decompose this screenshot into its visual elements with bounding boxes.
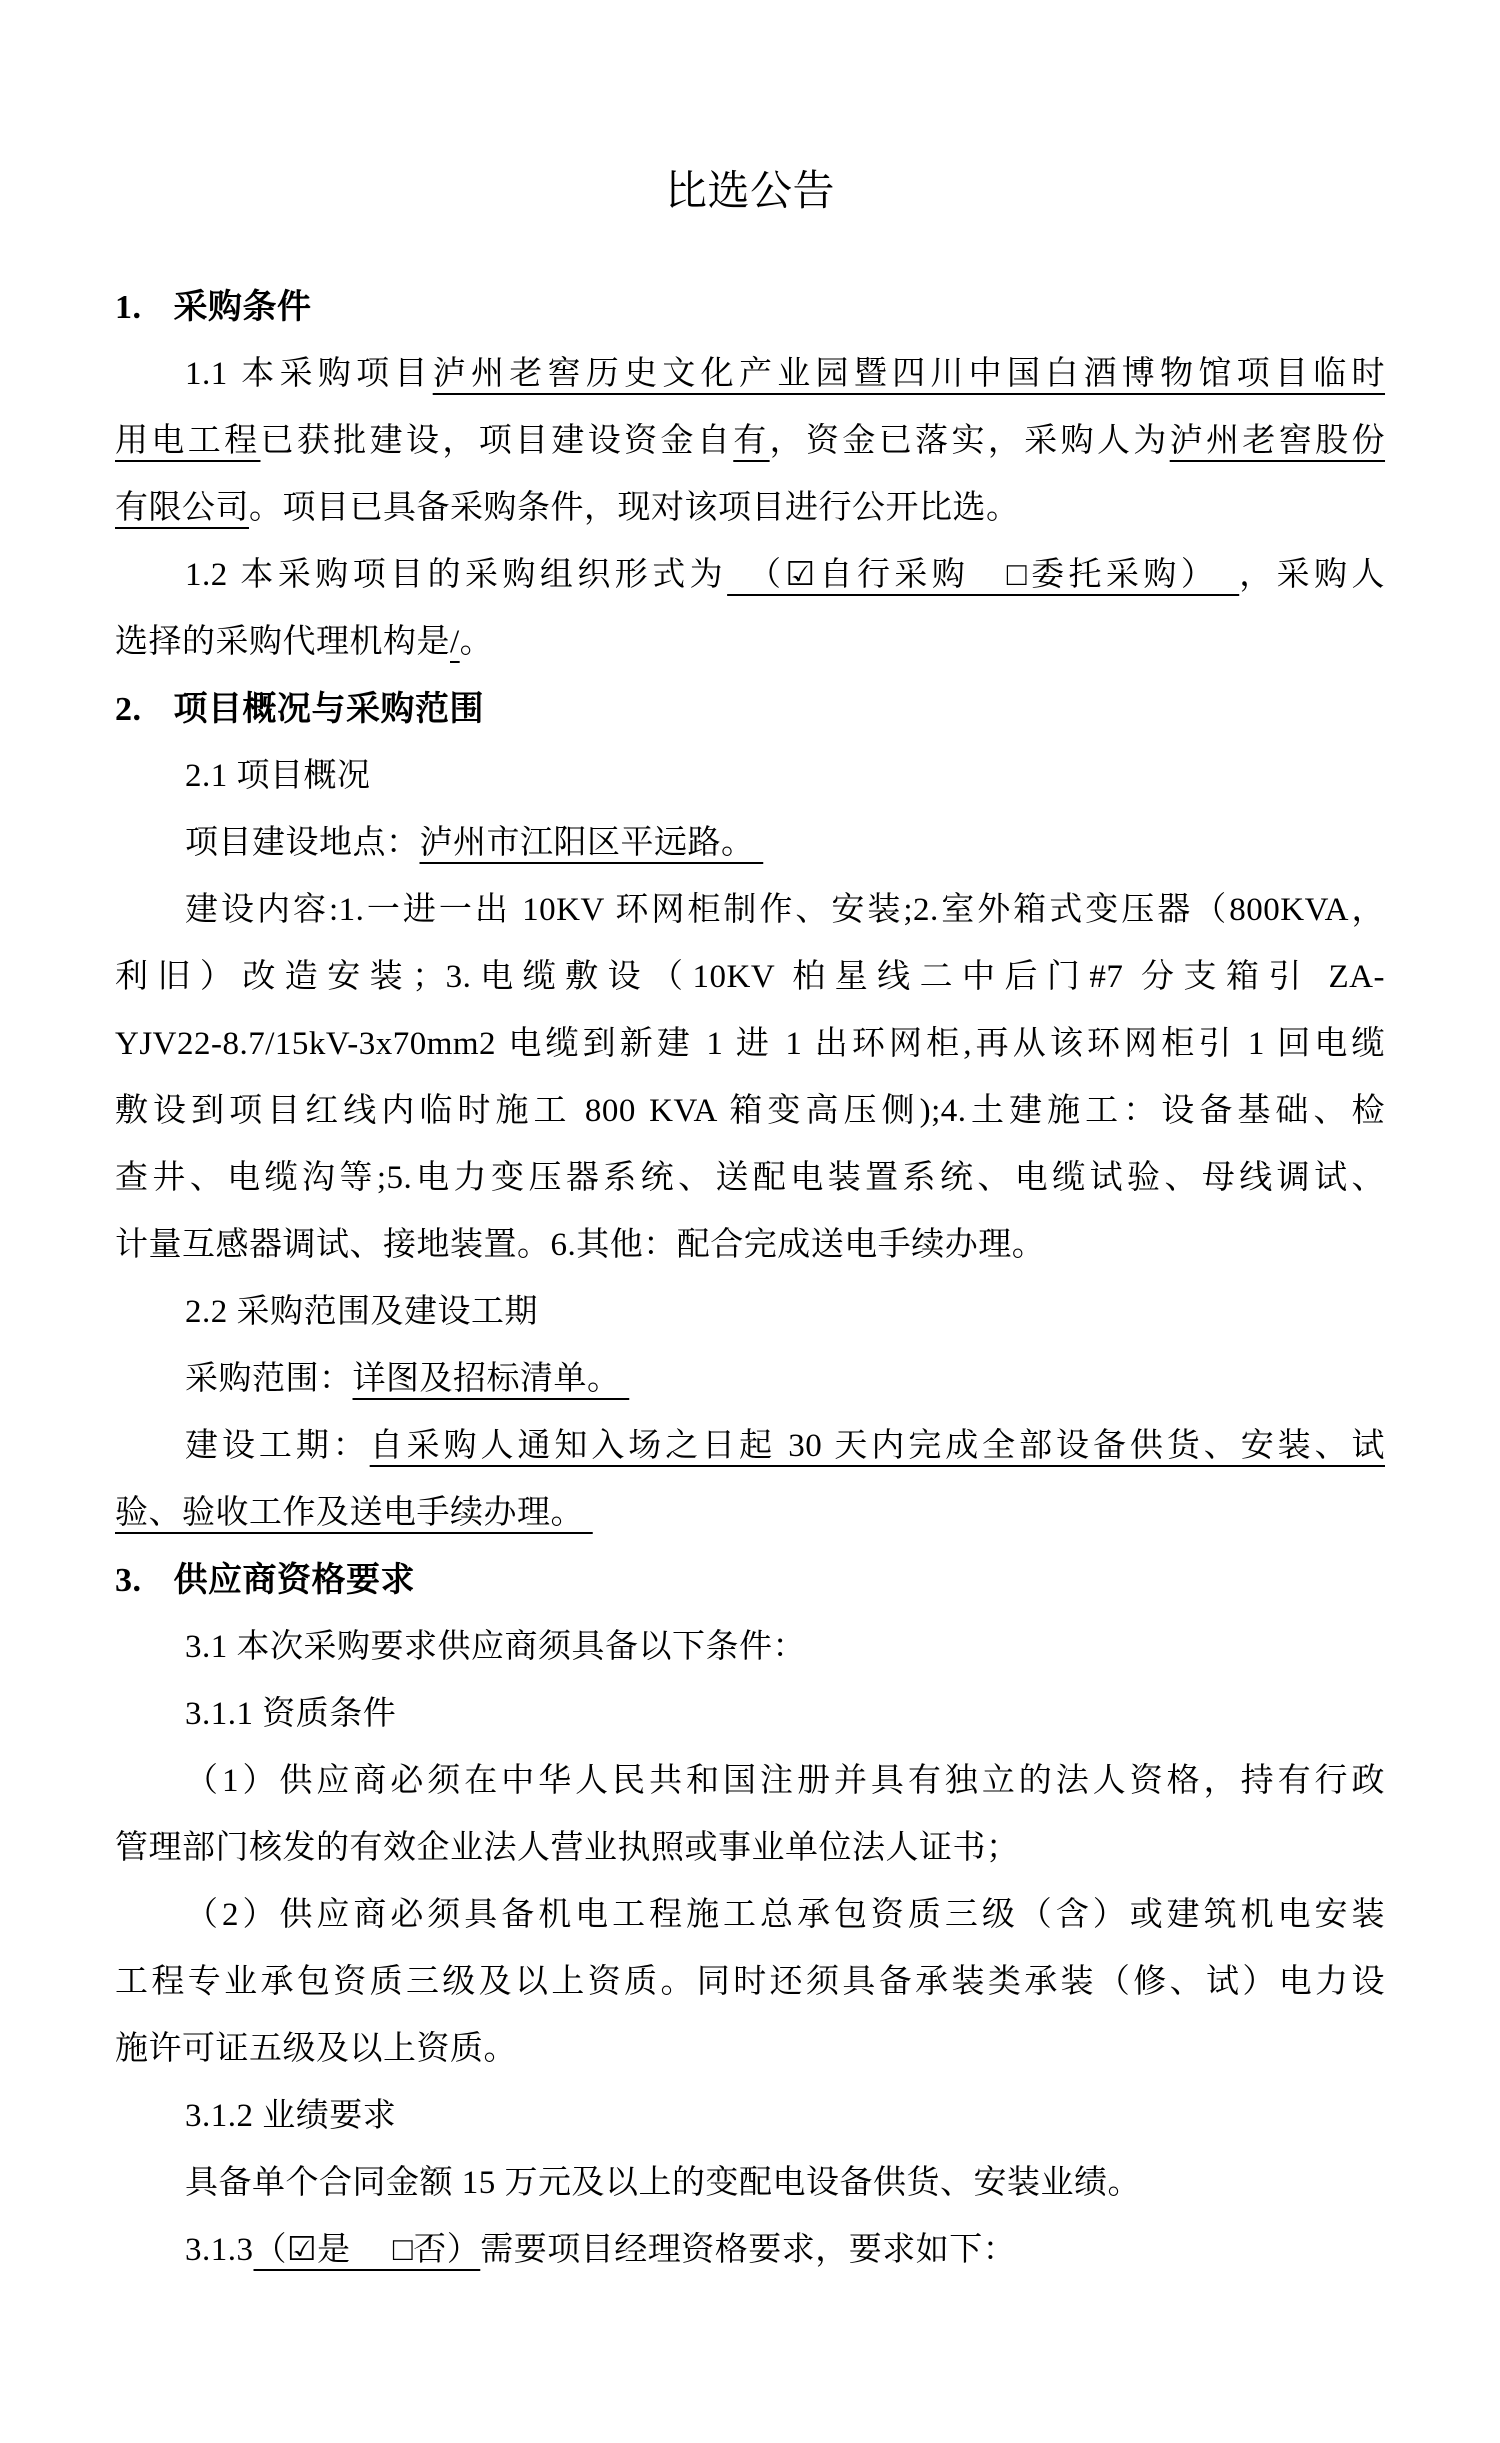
- text-run: ，采购人: [1239, 557, 1385, 593]
- filled-blank-text: 验、验收工作及送电手续办理。: [115, 1495, 593, 1531]
- filled-blank-text: 泸州老窖股份: [1170, 423, 1385, 459]
- text-run: 1.2 本采购项目的采购组织形式为: [185, 557, 727, 593]
- text-run: 施许可证五级及以上资质。: [115, 2031, 517, 2067]
- para-qual-1-line-1: （1）供应商必须在中华人民共和国注册并具有独立的法人资格，持有行政: [115, 1748, 1385, 1815]
- para-3-1-3: 3.1.3（☑是 □否）需要项目经理资格要求，要求如下：: [115, 2217, 1385, 2284]
- para-2-1-heading: 2.1 项目概况: [115, 743, 1385, 810]
- para-3-1-1-heading: 3.1.1 资质条件: [115, 1681, 1385, 1748]
- text-run: 管理部门核发的有效企业法人营业执照或事业单位法人证书；: [115, 1830, 1020, 1866]
- text-run: 查井、电缆沟等;5.电力变压器系统、送配电装置系统、电缆试验、母线调试、: [115, 1160, 1385, 1196]
- filled-blank-text: 泸州老窖历史文化产业园暨四川中国白酒博物馆项目临时: [433, 356, 1385, 392]
- para-qual-2-line-1: （2）供应商必须具备机电工程施工总承包资质三级（含）或建筑机电安装: [115, 1882, 1385, 1949]
- filled-blank-text: 用电工程: [115, 423, 260, 459]
- text-run: 3.: [115, 1562, 142, 1599]
- section-heading-1: 1.采购条件: [115, 274, 1385, 341]
- text-run: YJV22-8.7/15kV-3x70mm2 电缆到新建 1 进 1 出环网柜,…: [115, 1026, 1385, 1062]
- text-run: 项目概况与采购范围: [174, 691, 485, 728]
- text-run: 工程专业承包资质三级及以上资质。同时还须具备承装类承装（修、试）电力设: [115, 1964, 1385, 2000]
- para-qual-2-line-3: 施许可证五级及以上资质。: [115, 2016, 1385, 2083]
- text-run: 1.: [115, 289, 142, 326]
- para-2-2-heading: 2.2 采购范围及建设工期: [115, 1279, 1385, 1346]
- text-run: 2.1 项目概况: [185, 758, 371, 794]
- text-run: 2.: [115, 691, 142, 728]
- announcement-page: 比选公告 1.采购条件1.1 本采购项目泸州老窖历史文化产业园暨四川中国白酒博物…: [0, 0, 1500, 2443]
- filled-blank-text: 泸州市江阳区平远路。: [420, 825, 764, 861]
- text-run: 2.2 采购范围及建设工期: [185, 1294, 538, 1330]
- text-run: 选择的采购代理机构是: [115, 624, 450, 660]
- para-3-1-2-heading: 3.1.2 业绩要求: [115, 2083, 1385, 2150]
- para-schedule-line-2: 验、验收工作及送电手续办理。: [115, 1480, 1385, 1547]
- para-1-1-line-3: 有限公司。项目已具备采购条件，现对该项目进行公开比选。: [115, 475, 1385, 542]
- para-content-line-4: 敷设到项目红线内临时施工 800 KVA 箱变高压侧);4.土建施工：设备基础、…: [115, 1078, 1385, 1145]
- filled-blank-text: 自采购人通知入场之日起 30 天内完成全部设备供货、安装、试: [370, 1428, 1385, 1464]
- text-run: 3.1.2 业绩要求: [185, 2098, 396, 2134]
- text-run: （1）供应商必须在中华人民共和国注册并具有独立的法人资格，持有行政: [185, 1763, 1385, 1799]
- para-1-1-line-2: 用电工程已获批建设，项目建设资金自有，资金已落实，采购人为泸州老窖股份: [115, 408, 1385, 475]
- text-run: 3.1 本次采购要求供应商须具备以下条件：: [185, 1629, 806, 1665]
- text-run: 需要项目经理资格要求，要求如下：: [480, 2232, 1016, 2268]
- document-title: 比选公告: [115, 140, 1385, 207]
- filled-blank-text: 详图及招标清单。: [353, 1361, 630, 1397]
- text-run: 3.1.1 资质条件: [185, 1696, 396, 1732]
- para-1-2-line-2: 选择的采购代理机构是/。: [115, 609, 1385, 676]
- text-run: 计量互感器调试、接地装置。6.其他：配合完成送电手续办理。: [115, 1227, 1045, 1263]
- text-run: 3.1.3: [185, 2232, 254, 2268]
- filled-blank-text: 有限公司: [115, 490, 249, 526]
- text-run: 建设工期：: [185, 1428, 370, 1464]
- text-run: 采购范围：: [185, 1361, 353, 1397]
- para-3-1: 3.1 本次采购要求供应商须具备以下条件：: [115, 1614, 1385, 1681]
- para-performance: 具备单个合同金额 15 万元及以上的变配电设备供货、安装业绩。: [115, 2150, 1385, 2217]
- para-scope: 采购范围：详图及招标清单。: [115, 1346, 1385, 1413]
- document: 比选公告 1.采购条件1.1 本采购项目泸州老窖历史文化产业园暨四川中国白酒博物…: [0, 0, 1500, 2284]
- text-run: 。: [460, 624, 494, 660]
- text-run: 具备单个合同金额 15 万元及以上的变配电设备供货、安装业绩。: [185, 2165, 1141, 2201]
- text-run: 已获批建设，项目建设资金自: [260, 423, 733, 459]
- text-run: 1.1 本采购项目: [185, 356, 433, 392]
- text-run: 。项目已具备采购条件，现对该项目进行公开比选。: [249, 490, 1020, 526]
- section-heading-3: 3.供应商资格要求: [115, 1547, 1385, 1614]
- para-qual-1-line-2: 管理部门核发的有效企业法人营业执照或事业单位法人证书；: [115, 1815, 1385, 1882]
- para-content-line-1: 建设内容:1.一进一出 10KV 环网柜制作、安装;2.室外箱式变压器（800K…: [115, 877, 1385, 944]
- filled-blank-text: （☑自行采购 □委托采购）: [727, 557, 1239, 593]
- para-content-line-3: YJV22-8.7/15kV-3x70mm2 电缆到新建 1 进 1 出环网柜,…: [115, 1011, 1385, 1078]
- para-1-1-line-1: 1.1 本采购项目泸州老窖历史文化产业园暨四川中国白酒博物馆项目临时: [115, 341, 1385, 408]
- para-project-location: 项目建设地点：泸州市江阳区平远路。: [115, 810, 1385, 877]
- para-content-line-2: 利旧）改造安装；3.电缆敷设（10KV 柏星线二中后门#7 分支箱引 ZA-: [115, 944, 1385, 1011]
- para-1-2-line-1: 1.2 本采购项目的采购组织形式为 （☑自行采购 □委托采购） ，采购人: [115, 542, 1385, 609]
- text-run: （2）供应商必须具备机电工程施工总承包资质三级（含）或建筑机电安装: [185, 1897, 1385, 1933]
- text-run: 敷设到项目红线内临时施工 800 KVA 箱变高压侧);4.土建施工：设备基础、…: [115, 1093, 1385, 1129]
- filled-blank-text: （☑是 □否）: [254, 2232, 481, 2268]
- para-qual-2-line-2: 工程专业承包资质三级及以上资质。同时还须具备承装类承装（修、试）电力设: [115, 1949, 1385, 2016]
- document-body: 1.采购条件1.1 本采购项目泸州老窖历史文化产业园暨四川中国白酒博物馆项目临时…: [115, 274, 1385, 2284]
- text-run: ，资金已落实，采购人为: [770, 423, 1170, 459]
- blank-line: [115, 207, 1385, 274]
- text-run: 采购条件: [174, 289, 312, 326]
- filled-blank-text: /: [450, 624, 460, 660]
- section-heading-2: 2.项目概况与采购范围: [115, 676, 1385, 743]
- text-run: 利旧）改造安装；3.电缆敷设（10KV 柏星线二中后门#7 分支箱引 ZA-: [115, 959, 1385, 995]
- filled-blank-text: 有: [733, 423, 769, 459]
- para-schedule-line-1: 建设工期：自采购人通知入场之日起 30 天内完成全部设备供货、安装、试: [115, 1413, 1385, 1480]
- text-run: 项目建设地点：: [185, 825, 420, 861]
- para-content-line-5: 查井、电缆沟等;5.电力变压器系统、送配电装置系统、电缆试验、母线调试、: [115, 1145, 1385, 1212]
- text-run: 供应商资格要求: [174, 1562, 416, 1599]
- para-content-line-6: 计量互感器调试、接地装置。6.其他：配合完成送电手续办理。: [115, 1212, 1385, 1279]
- text-run: 建设内容:1.一进一出 10KV 环网柜制作、安装;2.室外箱式变压器（800K…: [185, 892, 1385, 928]
